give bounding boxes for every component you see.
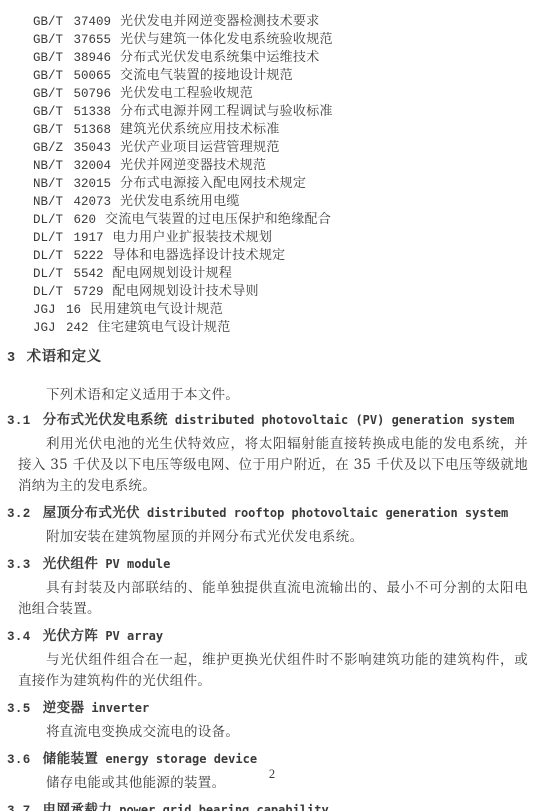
reference-item: DL/T 1917电力用户业扩报装技术规划 xyxy=(33,229,528,247)
reference-item: GB/T 51368建筑光伏系统应用技术标准 xyxy=(33,121,528,139)
reference-item: GB/T 50796光伏发电工程验收规范 xyxy=(33,85,528,103)
reference-item: GB/Z 35043光伏产业项目运营管理规范 xyxy=(33,139,528,157)
reference-item: DL/T 5222导体和电器选择设计技术规定 xyxy=(33,247,528,265)
reference-item: DL/T 5542配电网规划设计规程 xyxy=(33,265,528,283)
reference-code: GB/T 51368 xyxy=(33,123,111,137)
term-name-en: distributed rooftop photovoltaic generat… xyxy=(147,506,508,520)
reference-title: 光伏并网逆变器技术规范 xyxy=(120,158,266,173)
term-heading: 3.7电网承载力power grid bearing capability xyxy=(7,802,528,811)
section-title: 术语和定义 xyxy=(27,348,102,365)
term-name-en: energy storage device xyxy=(105,752,257,766)
reference-title: 交流电气装置的过电压保护和绝缘配合 xyxy=(105,212,331,227)
term-name-zh: 屋顶分布式光伏 xyxy=(43,505,140,521)
reference-item: GB/T 37409光伏发电并网逆变器检测技术要求 xyxy=(33,13,528,31)
reference-title: 电力用户业扩报装技术规划 xyxy=(113,230,273,245)
reference-title: 交流电气装置的接地设计规范 xyxy=(120,68,293,83)
section-number: 3 xyxy=(7,351,16,366)
term-definition: 具有封装及内部联结的、能单独提供直流电流输出的、最小不可分割的太阳电池组合装置。 xyxy=(18,578,528,620)
reference-code: DL/T 5542 xyxy=(33,267,104,281)
term-heading: 3.3光伏组件PV module xyxy=(7,556,528,573)
term-block: 3.2屋顶分布式光伏distributed rooftop photovolta… xyxy=(7,505,528,548)
reference-title: 配电网规划设计规程 xyxy=(113,266,233,281)
reference-item: NB/T 42073光伏发电系统用电缆 xyxy=(33,193,528,211)
term-number: 3.7 xyxy=(7,804,31,811)
term-heading: 3.4光伏方阵PV array xyxy=(7,628,528,645)
reference-title: 导体和电器选择设计技术规定 xyxy=(113,248,286,263)
term-heading: 3.5逆变器inverter xyxy=(7,700,528,717)
reference-item: NB/T 32015分布式电源接入配电网技术规定 xyxy=(33,175,528,193)
reference-item: NB/T 32004光伏并网逆变器技术规范 xyxy=(33,157,528,175)
reference-code: GB/T 37655 xyxy=(33,33,111,47)
normative-references-list: GB/T 37409光伏发电并网逆变器检测技术要求 GB/T 37655光伏与建… xyxy=(33,13,528,337)
reference-code: GB/Z 35043 xyxy=(33,141,111,155)
reference-item: GB/T 51338分布式电源并网工程调试与验收标准 xyxy=(33,103,528,121)
reference-item: GB/T 38946分布式光伏发电系统集中运维技术 xyxy=(33,49,528,67)
reference-item: JGJ 16民用建筑电气设计规范 xyxy=(33,301,528,319)
reference-code: JGJ 16 xyxy=(33,303,81,317)
term-name-en: inverter xyxy=(91,701,149,715)
term-name-zh: 电网承载力 xyxy=(43,802,113,811)
term-block: 3.3光伏组件PV module 具有封装及内部联结的、能单独提供直流电流输出的… xyxy=(7,556,528,620)
reference-title: 住宅建筑电气设计规范 xyxy=(98,320,231,335)
reference-title: 配电网规划设计技术导则 xyxy=(113,284,259,299)
reference-code: NB/T 32015 xyxy=(33,177,111,191)
term-block: 3.4光伏方阵PV array 与光伏组件组合在一起，维护更换光伏组件时不影响建… xyxy=(7,628,528,692)
term-heading: 3.2屋顶分布式光伏distributed rooftop photovolta… xyxy=(7,505,528,522)
reference-code: DL/T 5222 xyxy=(33,249,104,263)
term-number: 3.1 xyxy=(7,414,31,428)
term-name-zh: 分布式光伏发电系统 xyxy=(43,412,168,428)
term-name-en: PV module xyxy=(105,557,170,571)
reference-title: 分布式电源接入配电网技术规定 xyxy=(120,176,306,191)
term-number: 3.5 xyxy=(7,702,31,716)
term-definition: 附加安装在建筑物屋顶的并网分布式光伏发电系统。 xyxy=(18,527,528,548)
term-block: 3.5逆变器inverter 将直流电变换成交流电的设备。 xyxy=(7,700,528,743)
reference-code: GB/T 51338 xyxy=(33,105,111,119)
reference-title: 光伏发电并网逆变器检测技术要求 xyxy=(120,14,320,29)
reference-title: 光伏发电工程验收规范 xyxy=(120,86,253,101)
term-definition: 将直流电变换成交流电的设备。 xyxy=(18,722,528,743)
reference-code: DL/T 5729 xyxy=(33,285,104,299)
reference-code: GB/T 38946 xyxy=(33,51,111,65)
term-name-zh: 光伏组件 xyxy=(43,556,99,572)
term-block: 3.1分布式光伏发电系统distributed photovoltaic (PV… xyxy=(7,412,528,497)
term-name-en: distributed photovoltaic (PV) generation… xyxy=(175,413,515,427)
reference-code: GB/T 50796 xyxy=(33,87,111,101)
page-number: 2 xyxy=(0,767,544,782)
term-heading: 3.6储能装置energy storage device xyxy=(7,751,528,768)
term-heading: 3.1分布式光伏发电系统distributed photovoltaic (PV… xyxy=(7,412,528,429)
term-number: 3.2 xyxy=(7,507,31,521)
term-name-en: PV array xyxy=(105,629,163,643)
reference-item: DL/T 620交流电气装置的过电压保护和绝缘配合 xyxy=(33,211,528,229)
reference-code: NB/T 32004 xyxy=(33,159,111,173)
term-name-zh: 光伏方阵 xyxy=(43,628,99,644)
reference-code: GB/T 37409 xyxy=(33,15,111,29)
section-heading: 3术语和定义 xyxy=(7,349,528,366)
reference-title: 民用建筑电气设计规范 xyxy=(90,302,223,317)
reference-code: DL/T 1917 xyxy=(33,231,104,245)
reference-code: NB/T 42073 xyxy=(33,195,111,209)
reference-title: 光伏发电系统用电缆 xyxy=(120,194,240,209)
reference-title: 分布式光伏发电系统集中运维技术 xyxy=(120,50,320,65)
document-page: GB/T 37409光伏发电并网逆变器检测技术要求 GB/T 37655光伏与建… xyxy=(0,0,544,811)
term-name-zh: 逆变器 xyxy=(43,700,85,716)
term-name-en: power grid bearing capability xyxy=(119,803,329,811)
term-definition: 与光伏组件组合在一起，维护更换光伏组件时不影响建筑功能的建筑构件，或直接作为建筑… xyxy=(18,650,528,692)
reference-code: GB/T 50065 xyxy=(33,69,111,83)
reference-item: GB/T 37655光伏与建筑一体化发电系统验收规范 xyxy=(33,31,528,49)
section-intro-text: 下列术语和定义适用于本文件。 xyxy=(18,386,528,404)
reference-item: GB/T 50065交流电气装置的接地设计规范 xyxy=(33,67,528,85)
term-number: 3.6 xyxy=(7,753,31,767)
reference-item: DL/T 5729配电网规划设计技术导则 xyxy=(33,283,528,301)
term-name-zh: 储能装置 xyxy=(43,751,99,767)
reference-title: 分布式电源并网工程调试与验收标准 xyxy=(120,104,333,119)
reference-title: 光伏与建筑一体化发电系统验收规范 xyxy=(120,32,333,47)
term-definition: 利用光伏电池的光生伏特效应，将太阳辐射能直接转换成电能的发电系统，并接入 35 … xyxy=(18,434,528,497)
reference-title: 建筑光伏系统应用技术标准 xyxy=(120,122,280,137)
reference-code: JGJ 242 xyxy=(33,321,89,335)
reference-item: JGJ 242住宅建筑电气设计规范 xyxy=(33,319,528,337)
term-number: 3.3 xyxy=(7,558,31,572)
term-block: 3.7电网承载力power grid bearing capability xyxy=(7,802,528,811)
term-number: 3.4 xyxy=(7,630,31,644)
terms-list: 3.1分布式光伏发电系统distributed photovoltaic (PV… xyxy=(7,412,528,811)
reference-title: 光伏产业项目运营管理规范 xyxy=(120,140,280,155)
reference-code: DL/T 620 xyxy=(33,213,96,227)
